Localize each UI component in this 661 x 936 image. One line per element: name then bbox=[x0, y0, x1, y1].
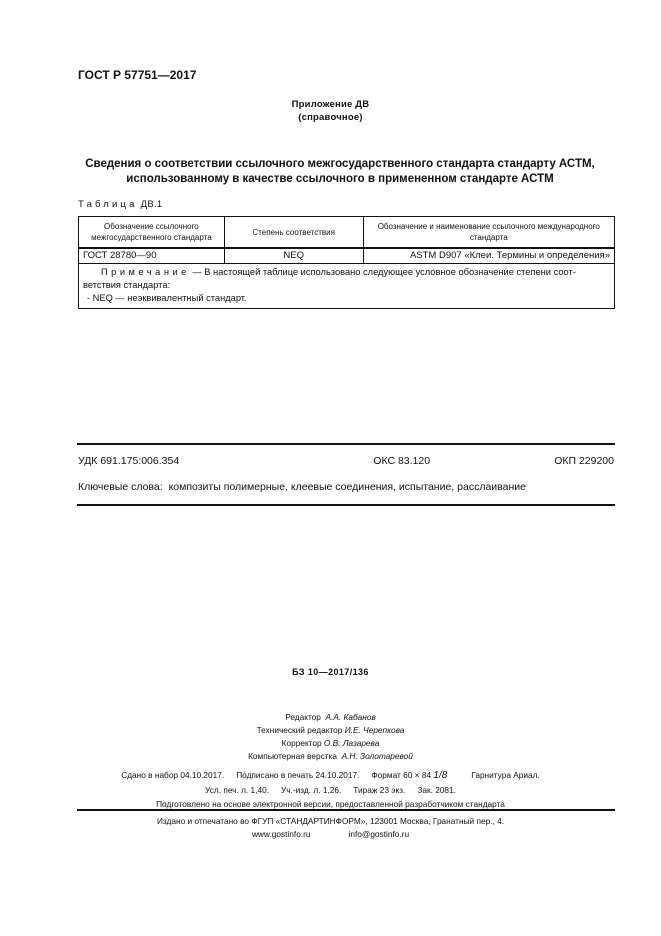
table-caption-prefix: Таблица bbox=[78, 199, 138, 210]
credit-corrector: Корректор О.В. Лазарева bbox=[0, 737, 661, 750]
column-header-international-standard: Обозначение и наименование ссылочного ме… bbox=[363, 217, 614, 249]
submitted-date: Сдано в набор 04.10.2017. bbox=[121, 770, 224, 780]
section-title-line2: использованному в качестве ссылочного в … bbox=[70, 172, 610, 187]
order-number: Зак. 2081. bbox=[417, 785, 456, 795]
note-item: - NEQ — неэквивалентный стандарт. bbox=[87, 293, 247, 303]
oks-code: ОКС 83.120 bbox=[373, 455, 430, 467]
layout-role: Компьютерная верстка bbox=[248, 751, 337, 761]
column-header-degree: Степень соответствия bbox=[224, 217, 363, 249]
tech-editor-role: Технический редактор bbox=[257, 725, 343, 735]
cell-international-standard: ASTM D907 «Клеи. Термины и определения» bbox=[363, 248, 614, 264]
column-header-interstate-standard: Обозначение ссылочного межгосударственно… bbox=[79, 217, 225, 249]
credits: Редактор А.А. Кабанов Технический редакт… bbox=[0, 711, 661, 763]
circulation: Тираж 23 экз. bbox=[353, 785, 405, 795]
okp-code: ОКП 229200 bbox=[554, 455, 614, 467]
tech-editor-name: И.Е. Черепкова bbox=[345, 725, 405, 735]
signed-date: Подписано в печать 24.10.2017. bbox=[236, 770, 359, 780]
publ-sheets: Уч.-изд. л. 1,26. bbox=[281, 785, 341, 795]
appendix-type: (справочное) bbox=[0, 111, 661, 124]
table-note: Примечание — В настоящей таблице использ… bbox=[79, 264, 615, 309]
appendix-label: Приложение ДВ bbox=[0, 98, 661, 111]
publisher-info: Издано и отпечатано во ФГУП «СТАНДАРТИНФ… bbox=[0, 815, 661, 841]
format-fraction: 1/8 bbox=[433, 770, 447, 781]
keywords: Ключевые слова: композиты полимерные, кл… bbox=[78, 481, 526, 493]
appendix-heading: Приложение ДВ (справочное) bbox=[0, 98, 661, 124]
divider-bottom bbox=[77, 504, 615, 506]
document-code: ГОСТ Р 57751—2017 bbox=[78, 68, 196, 82]
bz-number: БЗ 10—2017/136 bbox=[0, 667, 661, 677]
email-link[interactable]: info@gostinfo.ru bbox=[349, 829, 410, 839]
print-info-line1: Сдано в набор 04.10.2017.Подписано в печ… bbox=[0, 768, 661, 783]
divider-top bbox=[77, 443, 615, 445]
table-header-row: Обозначение ссылочного межгосударственно… bbox=[79, 217, 615, 249]
cell-degree: NEQ bbox=[224, 248, 363, 264]
section-title-line1: Сведения о соответствии ссылочного межго… bbox=[70, 157, 610, 172]
note-text-line2: ветствия стандарта: bbox=[83, 279, 610, 292]
print-info: Сдано в набор 04.10.2017.Подписано в печ… bbox=[0, 768, 661, 811]
print-sheets: Усл. печ. л. 1,40. bbox=[205, 785, 269, 795]
corrector-role: Корректор bbox=[282, 738, 322, 748]
cell-interstate-standard: ГОСТ 28780—90 bbox=[79, 248, 225, 264]
table-caption-number: ДВ.1 bbox=[141, 199, 163, 210]
udk-code: УДК 691.175:006.354 bbox=[78, 455, 179, 467]
note-label: Примечание bbox=[101, 267, 190, 277]
credit-editor: Редактор А.А. Кабанов bbox=[0, 711, 661, 724]
keywords-label: Ключевые слова: bbox=[78, 481, 163, 493]
table-row: ГОСТ 28780—90 NEQ ASTM D907 «Клеи. Терми… bbox=[79, 248, 615, 264]
section-title: Сведения о соответствии ссылочного межго… bbox=[70, 157, 610, 187]
font-label: Гарнитура Ариал. bbox=[471, 770, 540, 780]
table-caption: Таблица ДВ.1 bbox=[78, 199, 163, 210]
divider-imprint bbox=[77, 809, 615, 811]
editor-name: А.А. Кабанов bbox=[326, 712, 376, 722]
correspondence-table: Обозначение ссылочного межгосударственно… bbox=[78, 216, 615, 309]
publisher-address: Издано и отпечатано во ФГУП «СТАНДАРТИНФ… bbox=[0, 815, 661, 828]
classification-row: УДК 691.175:006.354 ОКС 83.120 ОКП 22920… bbox=[78, 455, 614, 467]
credit-tech-editor: Технический редактор И.Е. Черепкова bbox=[0, 724, 661, 737]
website-link[interactable]: www.gostinfo.ru bbox=[252, 829, 311, 839]
print-info-line2: Усл. печ. л. 1,40.Уч.-изд. л. 1,26.Тираж… bbox=[0, 783, 661, 797]
table-note-row: Примечание — В настоящей таблице использ… bbox=[79, 264, 615, 309]
credit-layout: Компьютерная верстка А.Н. Золотаревой bbox=[0, 750, 661, 763]
format-label: Формат 60 × 84 bbox=[371, 770, 431, 780]
keywords-value: композиты полимерные, клеевые соединения… bbox=[169, 481, 526, 493]
layout-name: А.Н. Золотаревой bbox=[342, 751, 413, 761]
publisher-contacts: www.gostinfo.ruinfo@gostinfo.ru bbox=[0, 828, 661, 841]
editor-role: Редактор bbox=[285, 712, 321, 722]
note-text-line1: — В настоящей таблице использовано следу… bbox=[190, 267, 576, 277]
corrector-name: О.В. Лазарева bbox=[324, 738, 379, 748]
